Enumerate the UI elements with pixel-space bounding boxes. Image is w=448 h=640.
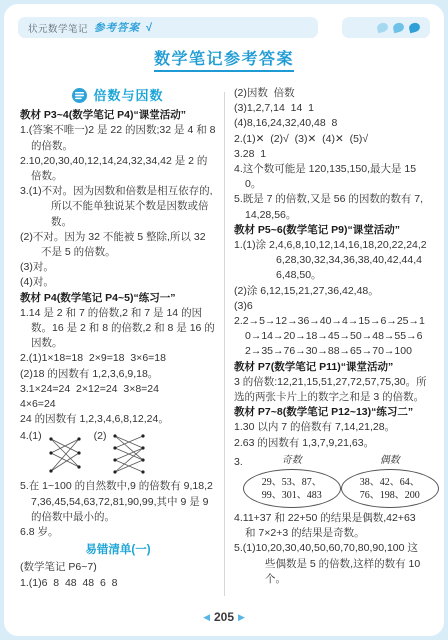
answer-line: 2.2→5→12→36→40→4→15→6→25→10→14→20→18→45→… [234, 314, 428, 360]
notebook-icon [72, 88, 87, 103]
leaf-icon [376, 22, 389, 34]
answer-line: 2.10,20,30,40,12,14,24,32,34,42 是 2 的倍数。 [20, 154, 216, 184]
answer-line: (4)8,16,24,32,40,48 8 [234, 116, 428, 131]
left-column: 倍数与因数 教材 P3~4(数学笔记 P4)“课堂活动” 1.(答案不唯一)2 … [20, 86, 224, 600]
answer-line: 3 的倍数:12,21,15,51,27,72,57,75,30。所选的两张卡片… [234, 375, 428, 405]
answer-line: (2)18 的因数有 1,2,3,6,9,18。 [20, 367, 216, 382]
answer-line: 4.这个数可能是 120,135,150,最大是 150。 [234, 162, 428, 192]
answer-line: 2.(1)✕ (2)√ (3)✕ (4)✕ (5)√ [234, 132, 428, 147]
answer-line: 5.既是 7 的倍数,又是 56 的因数的数有 7,14,28,56。 [234, 192, 428, 222]
section-header: 倍数与因数 [20, 88, 216, 103]
page-footer: ◀205▶ [4, 610, 444, 624]
answer-line: 24 的因数有 1,2,3,4,6,8,12,24。 [20, 412, 216, 427]
odd-group: 奇数 29、53、87、 99、301、483 [243, 453, 341, 508]
even-numbers-line: 38、42、64、 [360, 476, 420, 489]
subsection-heading: 易错清单(一) [20, 543, 216, 558]
leaf-icon [392, 22, 405, 34]
section-title: 倍数与因数 [93, 88, 163, 103]
page-title: 数学笔记参考答案 [4, 46, 444, 72]
answer-line: (3)1,2,7,14 14 1 [234, 101, 428, 116]
odd-even-diagram: 3. 奇数 29、53、87、 99、301、483 偶数 38、42、64、 … [234, 453, 428, 508]
leaf-icon [408, 22, 421, 34]
answer-line: 1.(1)6 8 48 48 6 8 [20, 576, 216, 591]
answer-line: 2.63 的因数有 1,3,7,9,21,63。 [234, 436, 428, 451]
answer-line: 4.11+37 和 22+50 的结果是偶数,42+63 和 7×2+3 的结果… [234, 511, 428, 541]
header-brand-pill: 状元数学笔记 参考答案 √ [18, 17, 318, 38]
material-header: 教材 P7(数学笔记 P11)“课堂活动” [234, 360, 428, 375]
answer-line: 1.(答案不唯一)2 是 22 的因数;32 是 4 和 8 的倍数。 [20, 123, 216, 153]
answer-line: 6.8 岁。 [20, 525, 216, 540]
matching-diagrams: 4. (1) (2) [20, 429, 216, 477]
answer-line: (数学笔记 P6~7) [20, 560, 216, 575]
matching-lines-diagram-1 [44, 431, 86, 477]
matching-lines-diagram-2 [108, 431, 150, 477]
item-number: 4. [20, 429, 29, 444]
answer-line: (3)6 [234, 299, 428, 314]
paper-background: 状元数学笔记 参考答案 √ 数学笔记参考答案 [4, 4, 444, 636]
answer-label: 参考答案 [94, 20, 140, 35]
material-header: 教材 P4(数学笔记 P4~5)“练习一” [20, 291, 216, 306]
answer-line: 3.28 1 [234, 147, 428, 162]
answer-line: 1.30 以内 7 的倍数有 7,14,21,28。 [234, 420, 428, 435]
item-number: 3. [234, 453, 243, 470]
even-numbers-oval: 38、42、64、 76、198、200 [341, 469, 439, 508]
answer-line: (2)因数 倍数 [234, 86, 428, 101]
odd-numbers-line: 99、301、483 [262, 489, 322, 502]
prev-page-arrow-icon: ◀ [203, 612, 210, 622]
odd-numbers-line: 29、53、87、 [262, 476, 322, 489]
even-group: 偶数 38、42、64、 76、198、200 [341, 453, 439, 508]
answer-line: 3.(1)不对。因为因数和倍数是相互依存的,所以不能单独说某个数是因数或倍数。 [20, 184, 216, 230]
answer-line: 4×6=24 [20, 397, 216, 412]
book-page: 状元数学笔记 参考答案 √ 数学笔记参考答案 [0, 0, 448, 640]
answer-line: 1.14 是 2 和 7 的倍数,2 和 7 是 14 的因数。16 是 2 和… [20, 306, 216, 352]
odd-numbers-oval: 29、53、87、 99、301、483 [243, 469, 341, 508]
answer-line: (2)涂 6,12,15,21,27,36,42,48。 [234, 284, 428, 299]
check-mark-icon: √ [146, 22, 152, 34]
material-header: 教材 P3~4(数学笔记 P4)“课堂活动” [20, 108, 216, 123]
answer-line: (4)对。 [20, 275, 216, 290]
answer-line: 1.(1)涂 2,4,6,8,10,12,14,16,18,20,22,24,2… [234, 238, 428, 284]
material-header: 教材 P7~8(数学笔记 P12~13)“练习二” [234, 405, 428, 420]
even-numbers-line: 76、198、200 [360, 489, 420, 502]
material-header: 教材 P5~6(数学笔记 P9)“课堂活动” [234, 223, 428, 238]
sub-item-number: (1) [29, 429, 42, 444]
answer-line: 5.在 1~100 的自然数中,9 的倍数有 9,18,27,36,45,54,… [20, 479, 216, 525]
answer-line: 5.(1)10,20,30,40,50,60,70,80,90,100 这些偶数… [234, 541, 428, 587]
answer-line: (3)对。 [20, 260, 216, 275]
sub-item-number: (2) [94, 429, 107, 444]
next-page-arrow-icon: ▶ [238, 612, 245, 622]
answer-line: 2.(1)1×18=18 2×9=18 3×6=18 [20, 351, 216, 366]
answer-line: (2)不对。因为 32 不能被 5 整除,所以 32 不是 5 的倍数。 [20, 230, 216, 260]
header-decoration-pill [342, 17, 430, 38]
answer-line: 3.1×24=24 2×12=24 3×8=24 [20, 382, 216, 397]
odd-label: 奇数 [282, 453, 302, 468]
column-divider [224, 92, 225, 596]
page-number: 205 [214, 610, 234, 624]
even-label: 偶数 [380, 453, 400, 468]
answer-columns: 倍数与因数 教材 P3~4(数学笔记 P4)“课堂活动” 1.(答案不唯一)2 … [20, 86, 428, 600]
brand-text: 状元数学笔记 [28, 21, 88, 35]
right-column: (2)因数 倍数 (3)1,2,7,14 14 1 (4)8,16,24,32,… [224, 86, 428, 600]
